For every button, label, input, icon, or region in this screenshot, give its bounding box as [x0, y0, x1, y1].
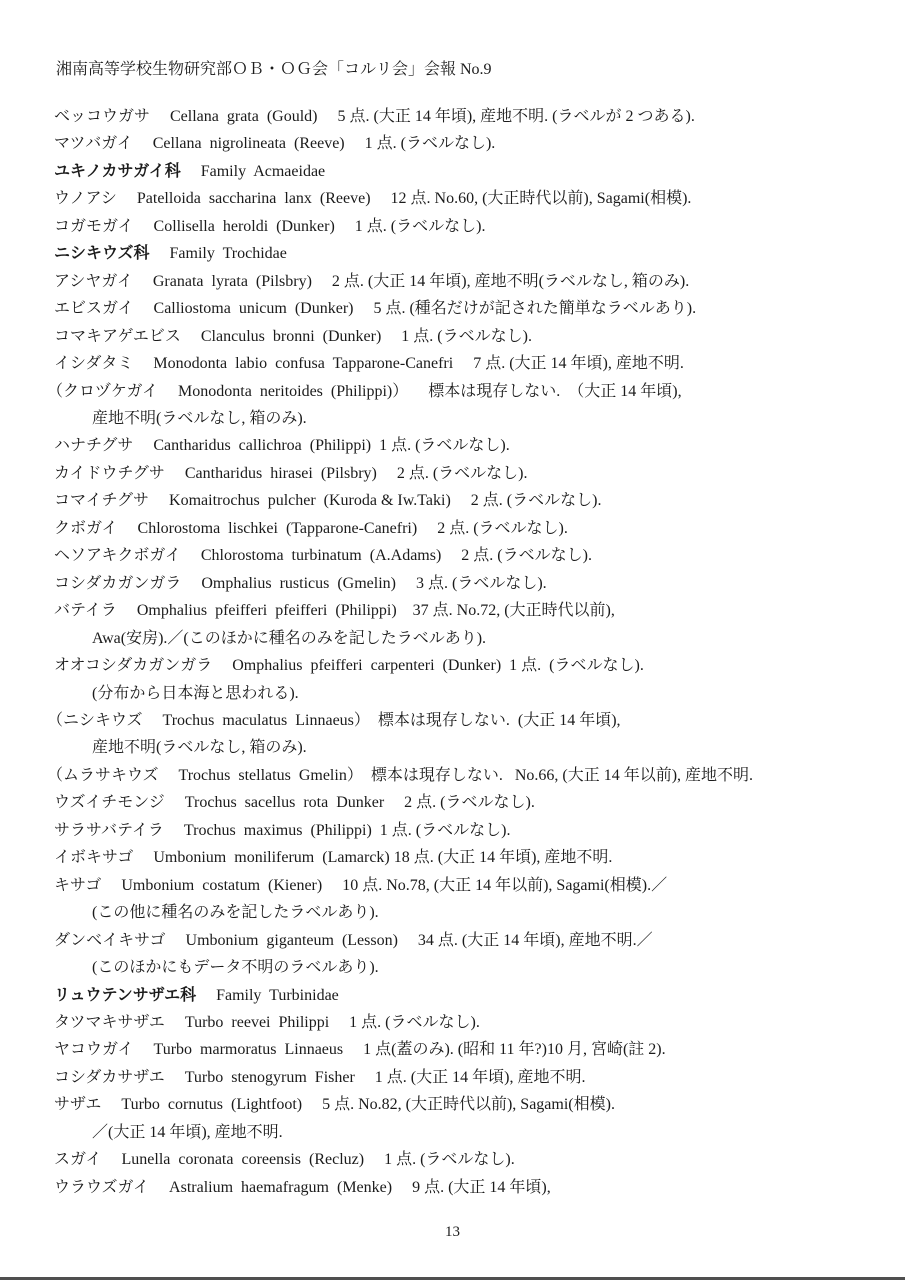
line-text: Family Trochidae — [150, 245, 287, 262]
document-line: イシダタミ Monodonta labio confusa Tapparone-… — [54, 350, 869, 377]
document-line: スガイ Lunella coronata coreensis (Recluz) … — [54, 1146, 869, 1173]
document-line: （ニシキウズ Trochus maculatus Linnaeus） 標本は現存… — [47, 707, 869, 734]
line-text: イシダタミ Monodonta labio confusa Tapparone-… — [54, 355, 684, 372]
document-line: ウノアシ Patelloida saccharina lanx (Reeve) … — [54, 185, 869, 212]
document-line: ヘソアキクボガイ Chlorostoma turbinatum (A.Adams… — [54, 542, 869, 569]
line-text: ／(大正 14 年頃), 産地不明. — [92, 1124, 283, 1141]
line-text: バテイラ Omphalius pfeifferi pfeifferi (Phil… — [54, 602, 615, 619]
line-text: キサゴ Umbonium costatum (Kiener) 10 点. No.… — [54, 877, 667, 894]
document-line: イボキサゴ Umbonium moniliferum (Lamarck) 18 … — [54, 844, 869, 871]
line-text: アシヤガイ Granata lyrata (Pilsbry) 2 点. (大正 … — [54, 273, 689, 290]
line-text: Family Turbinidae — [196, 987, 339, 1004]
line-text: ウノアシ Patelloida saccharina lanx (Reeve) … — [54, 190, 691, 207]
document-line: マツバガイ Cellana nigrolineata (Reeve) 1 点. … — [54, 130, 869, 157]
document-line: ハナチグサ Cantharidus callichroa (Philippi) … — [54, 432, 869, 459]
document-line: コガモガイ Collisella heroldi (Dunker) 1 点. (… — [54, 213, 869, 240]
document-line: (このほかにもデータ不明のラベルあり). — [54, 954, 869, 981]
document-body: ベッコウガサ Cellana grata (Gould) 5 点. (大正 14… — [54, 103, 869, 1201]
document-line: サザエ Turbo cornutus (Lightfoot) 5 点. No.8… — [54, 1091, 869, 1118]
document-line: (分布から日本海と思われる). — [54, 680, 869, 707]
line-text: エビスガイ Calliostoma unicum (Dunker) 5 点. (… — [54, 300, 696, 317]
document-line: アシヤガイ Granata lyrata (Pilsbry) 2 点. (大正 … — [54, 268, 869, 295]
line-text: スガイ Lunella coronata coreensis (Recluz) … — [54, 1151, 515, 1168]
document-line: 産地不明(ラベルなし, 箱のみ). — [54, 734, 869, 761]
document-line: 産地不明(ラベルなし, 箱のみ). — [54, 405, 869, 432]
document-line: バテイラ Omphalius pfeifferi pfeifferi (Phil… — [54, 597, 869, 624]
document-line: (この他に種名のみを記したラベルあり). — [54, 899, 869, 926]
document-line: コマキアゲエビス Clanculus bronni (Dunker) 1 点. … — [54, 323, 869, 350]
line-text: 産地不明(ラベルなし, 箱のみ). — [92, 410, 307, 427]
line-text: ハナチグサ Cantharidus callichroa (Philippi) … — [54, 437, 510, 454]
document-page: 湘南高等学校生物研究部ＯＢ・ＯＧ会「コルリ会」会報 No.9 ベッコウガサ Ce… — [0, 0, 905, 1280]
document-line: ウズイチモンジ Trochus sacellus rota Dunker 2 点… — [54, 789, 869, 816]
line-text: Awa(安房).／(このほかに種名のみを記したラベルあり). — [92, 630, 486, 647]
document-header: 湘南高等学校生物研究部ＯＢ・ＯＧ会「コルリ会」会報 No.9 — [56, 60, 492, 80]
family-heading-text: ニシキウズ科 — [54, 245, 150, 262]
line-text: ウラウズガイ Astralium haemafragum (Menke) 9 点… — [54, 1179, 551, 1196]
line-text: (分布から日本海と思われる). — [92, 685, 299, 702]
document-line: Awa(安房).／(このほかに種名のみを記したラベルあり). — [54, 625, 869, 652]
document-line: ヤコウガイ Turbo marmoratus Linnaeus 1 点(蓋のみ)… — [54, 1036, 869, 1063]
document-line: コシダカガンガラ Omphalius rusticus (Gmelin) 3 点… — [54, 570, 869, 597]
family-heading-text: リュウテンサザエ科 — [54, 987, 196, 1004]
document-line: （クロヅケガイ Monodonta neritoides (Philippi)）… — [47, 378, 869, 405]
line-text: サラサバテイラ Trochus maximus (Philippi) 1 点. … — [54, 822, 510, 839]
line-text: クボガイ Chlorostoma lischkei (Tapparone-Can… — [54, 520, 568, 537]
line-text: ベッコウガサ Cellana grata (Gould) 5 点. (大正 14… — [54, 108, 695, 125]
document-line: キサゴ Umbonium costatum (Kiener) 10 点. No.… — [54, 872, 869, 899]
line-text: コシダカガンガラ Omphalius rusticus (Gmelin) 3 点… — [54, 575, 547, 592]
line-text: コマイチグサ Komaitrochus pulcher (Kuroda & Iw… — [54, 492, 601, 509]
line-text: （クロヅケガイ Monodonta neritoides (Philippi)）… — [47, 383, 682, 400]
line-text: イボキサゴ Umbonium moniliferum (Lamarck) 18 … — [54, 849, 612, 866]
line-text: コマキアゲエビス Clanculus bronni (Dunker) 1 点. … — [54, 328, 532, 345]
document-line: カイドウチグサ Cantharidus hirasei (Pilsbry) 2 … — [54, 460, 869, 487]
document-line: ／(大正 14 年頃), 産地不明. — [54, 1119, 869, 1146]
line-text: （ムラサキウズ Trochus stellatus Gmelin） 標本は現存し… — [47, 767, 753, 784]
document-line: エビスガイ Calliostoma unicum (Dunker) 5 点. (… — [54, 295, 869, 322]
document-line: リュウテンサザエ科 Family Turbinidae — [54, 982, 869, 1009]
document-line: オオコシダカガンガラ Omphalius pfeifferi carpenter… — [54, 652, 869, 679]
line-text: ウズイチモンジ Trochus sacellus rota Dunker 2 点… — [54, 794, 535, 811]
document-line: ベッコウガサ Cellana grata (Gould) 5 点. (大正 14… — [54, 103, 869, 130]
line-text: タツマキサザエ Turbo reevei Philippi 1 点. (ラベルな… — [54, 1014, 480, 1031]
document-line: ニシキウズ科 Family Trochidae — [54, 240, 869, 267]
line-text: ヤコウガイ Turbo marmoratus Linnaeus 1 点(蓋のみ)… — [54, 1041, 666, 1058]
document-line: クボガイ Chlorostoma lischkei (Tapparone-Can… — [54, 515, 869, 542]
line-text: コシダカサザエ Turbo stenogyrum Fisher 1 点. (大正… — [54, 1069, 585, 1086]
line-text: 産地不明(ラベルなし, 箱のみ). — [92, 739, 307, 756]
line-text: マツバガイ Cellana nigrolineata (Reeve) 1 点. … — [54, 135, 495, 152]
line-text: ダンベイキサゴ Umbonium giganteum (Lesson) 34 点… — [54, 932, 653, 949]
line-text: サザエ Turbo cornutus (Lightfoot) 5 点. No.8… — [54, 1096, 615, 1113]
family-heading-text: ユキノカサガイ科 — [54, 163, 181, 180]
document-line: ウラウズガイ Astralium haemafragum (Menke) 9 点… — [54, 1174, 869, 1201]
line-text: ヘソアキクボガイ Chlorostoma turbinatum (A.Adams… — [54, 547, 592, 564]
page-number: 13 — [0, 1224, 905, 1241]
document-line: コシダカサザエ Turbo stenogyrum Fisher 1 点. (大正… — [54, 1064, 869, 1091]
document-line: ユキノカサガイ科 Family Acmaeidae — [54, 158, 869, 185]
document-line: コマイチグサ Komaitrochus pulcher (Kuroda & Iw… — [54, 487, 869, 514]
document-line: タツマキサザエ Turbo reevei Philippi 1 点. (ラベルな… — [54, 1009, 869, 1036]
document-line: サラサバテイラ Trochus maximus (Philippi) 1 点. … — [54, 817, 869, 844]
line-text: カイドウチグサ Cantharidus hirasei (Pilsbry) 2 … — [54, 465, 528, 482]
line-text: コガモガイ Collisella heroldi (Dunker) 1 点. (… — [54, 218, 485, 235]
line-text: (このほかにもデータ不明のラベルあり). — [92, 959, 379, 976]
line-text: （ニシキウズ Trochus maculatus Linnaeus） 標本は現存… — [47, 712, 621, 729]
document-line: （ムラサキウズ Trochus stellatus Gmelin） 標本は現存し… — [47, 762, 869, 789]
document-line: ダンベイキサゴ Umbonium giganteum (Lesson) 34 点… — [54, 927, 869, 954]
line-text: オオコシダカガンガラ Omphalius pfeifferi carpenter… — [54, 657, 644, 674]
line-text: (この他に種名のみを記したラベルあり). — [92, 904, 379, 921]
line-text: Family Acmaeidae — [181, 163, 325, 180]
